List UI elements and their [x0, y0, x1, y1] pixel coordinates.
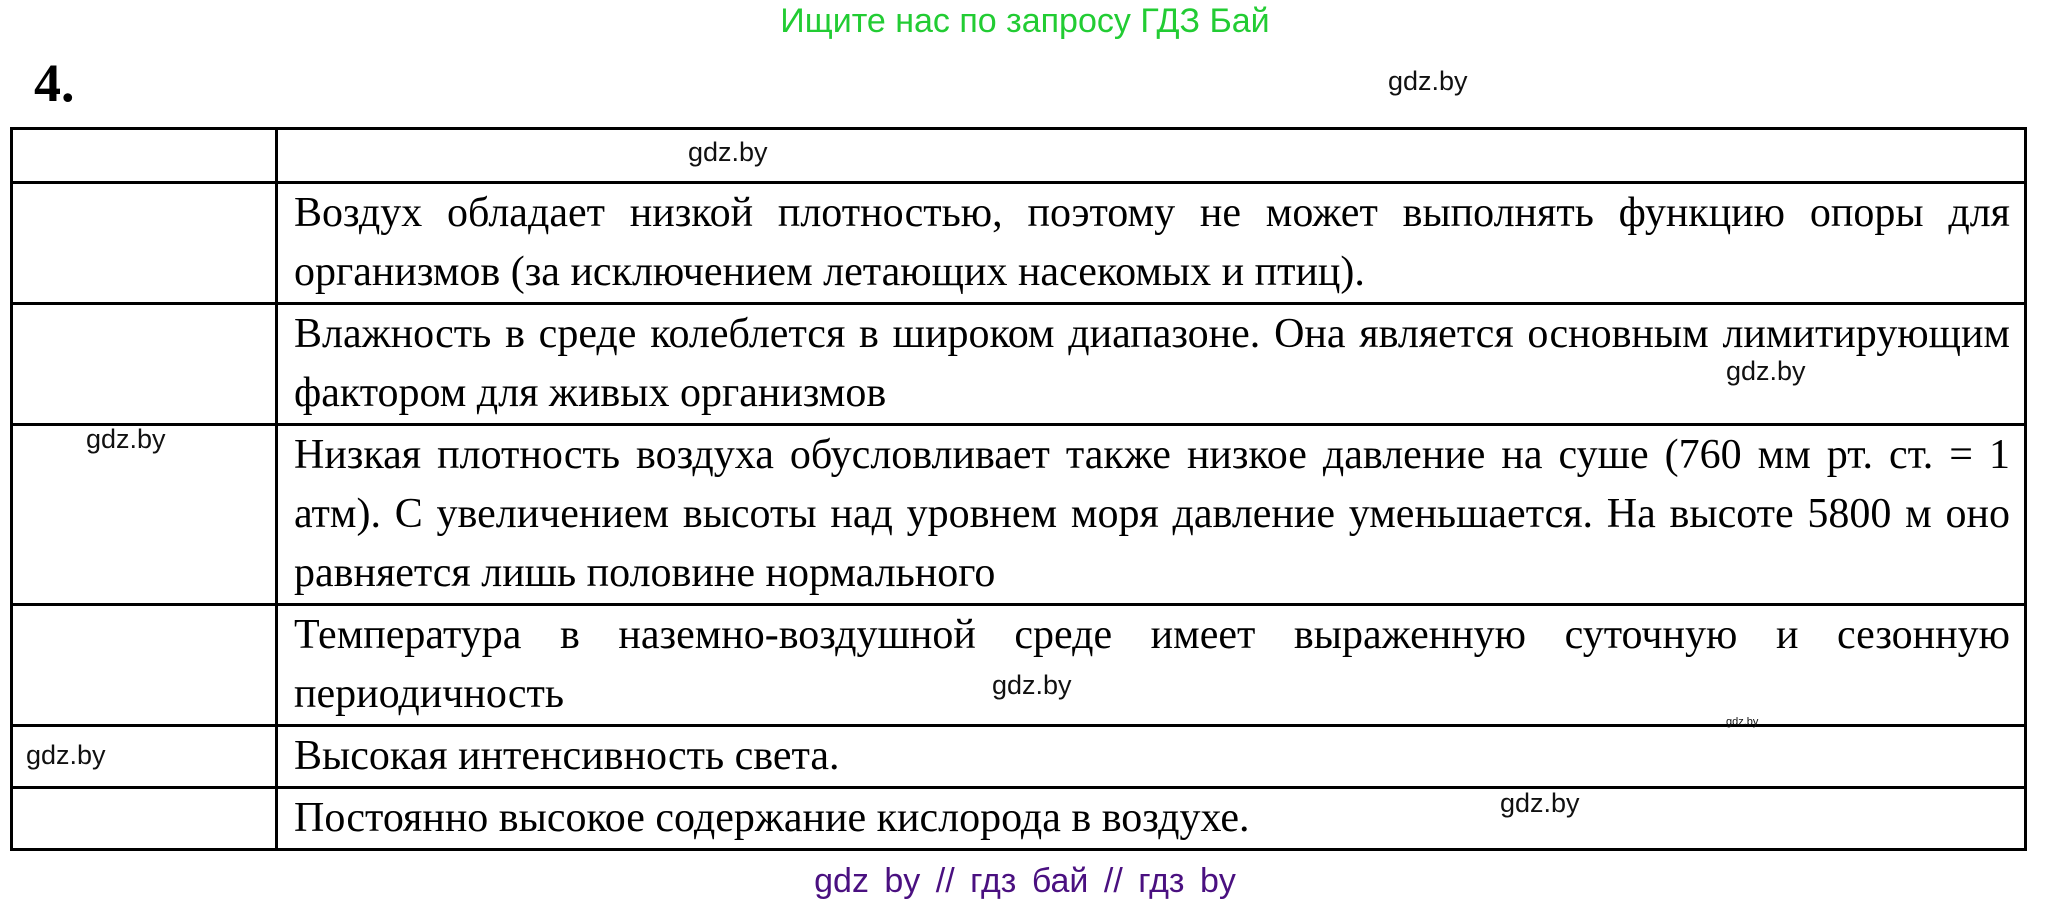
watermark: gdz.by — [1500, 788, 1580, 819]
table-row: Низкая плотность воздуха обусловливает т… — [12, 425, 2026, 605]
table-cell-right: Низкая плотность воздуха обусловливает т… — [277, 425, 2026, 605]
table-cell-right: Температура в наземно-воздушной среде им… — [277, 605, 2026, 726]
task-number: 4. — [34, 52, 75, 114]
table-cell-right: Воздух обладает низкой плотностью, поэто… — [277, 183, 2026, 304]
table-row: Постоянно высокое содержание кислорода в… — [12, 788, 2026, 850]
watermark: gdz.by — [26, 740, 106, 771]
table-row: Температура в наземно-воздушной среде им… — [12, 605, 2026, 726]
watermark: gdz.by — [688, 137, 768, 168]
table-row: Влажность в среде колеблется в широком д… — [12, 304, 2026, 425]
table-cell-right: Высокая интенсивность света. — [277, 726, 2026, 788]
promo-banner: Ищите нас по запросу ГДЗ Бай — [0, 2, 2050, 41]
table-cell-left — [12, 788, 277, 850]
table-row: Высокая интенсивность света. — [12, 726, 2026, 788]
watermark: gdz.by — [1726, 716, 1758, 728]
table-cell-left — [12, 183, 277, 304]
watermark: gdz.by — [86, 424, 166, 455]
table-cell-right — [277, 129, 2026, 183]
table-cell-left — [12, 304, 277, 425]
watermark: gdz.by — [1388, 66, 1468, 97]
watermark: gdz.by — [1726, 356, 1806, 387]
table-cell-left — [12, 129, 277, 183]
watermark: gdz.by — [992, 670, 1072, 701]
table-cell-left — [12, 605, 277, 726]
table-row: Воздух обладает низкой плотностью, поэто… — [12, 183, 2026, 304]
footer-watermark: gdz by // гдз бай // гдз by — [0, 862, 2050, 900]
table-cell-right: Постоянно высокое содержание кислорода в… — [277, 788, 2026, 850]
answer-table: Воздух обладает низкой плотностью, поэто… — [10, 127, 2027, 851]
table-row — [12, 129, 2026, 183]
